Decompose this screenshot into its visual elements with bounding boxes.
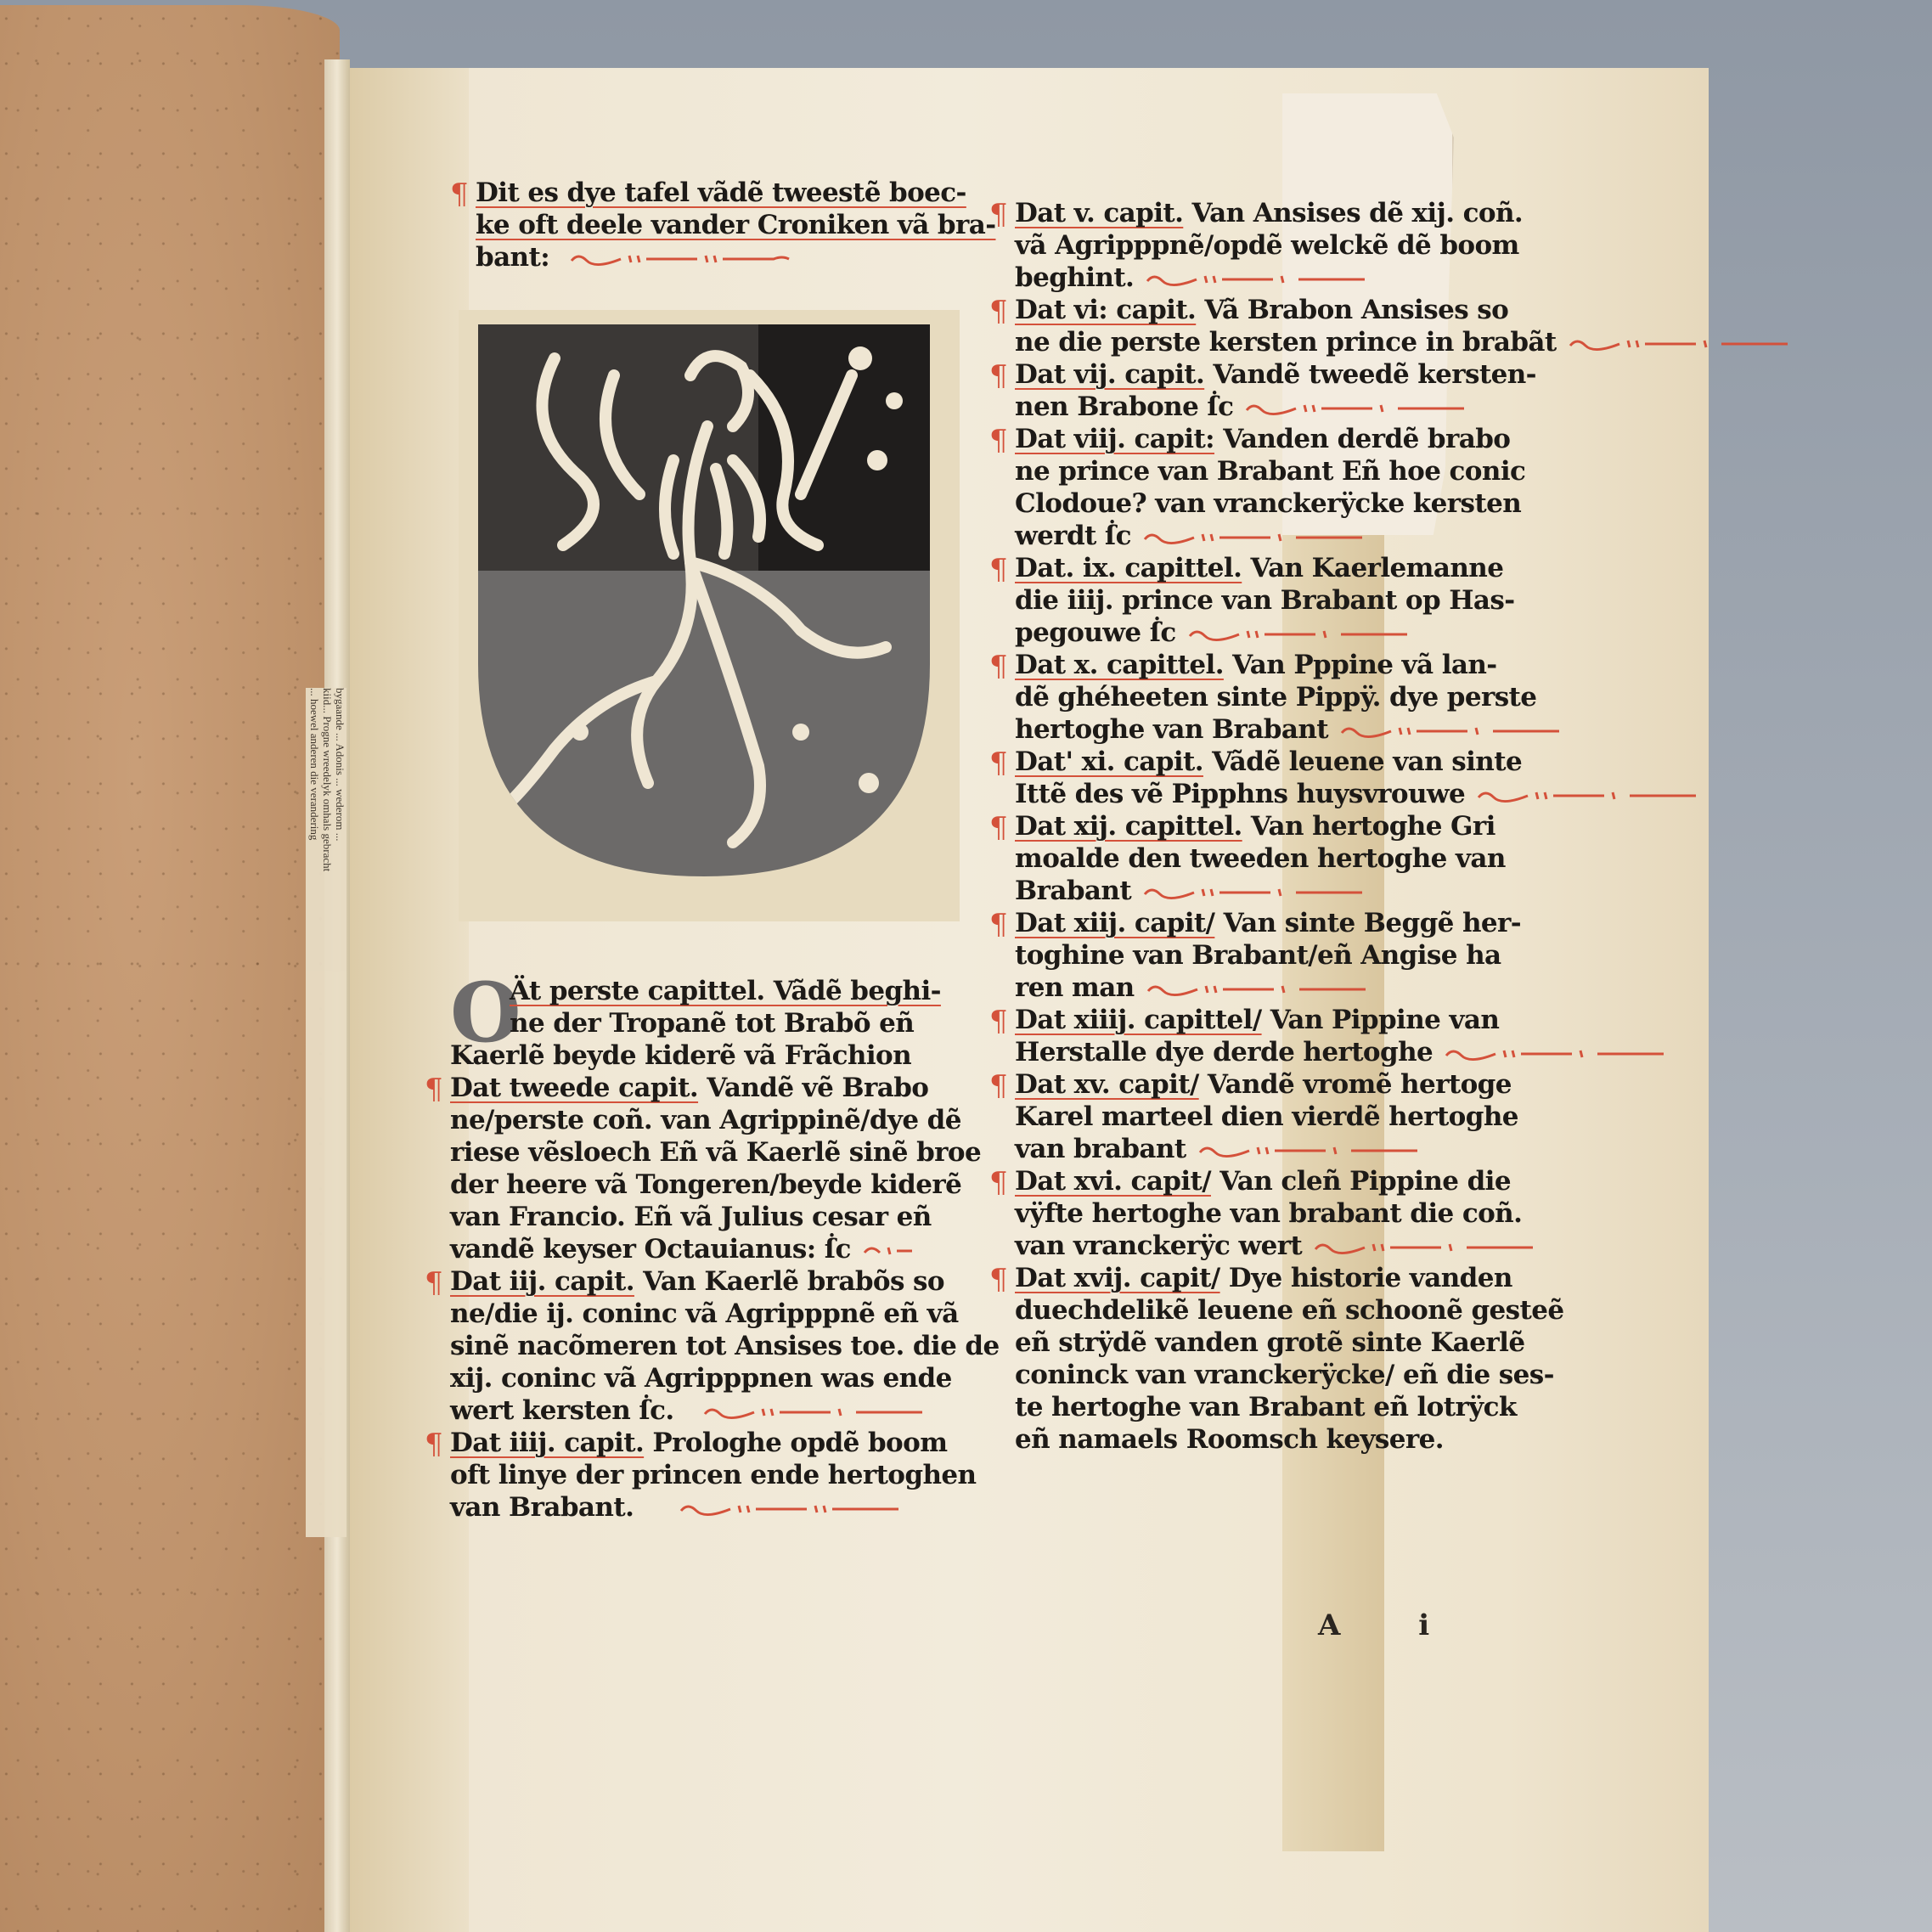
contents-entry: ¶Dat tweede capit. Vandẽ vẽ Brabo ne/per…: [450, 1072, 960, 1265]
paragraph-mark-icon: ¶: [989, 1264, 1007, 1296]
contents-entry: ¶Dat xiiij. capittel/ Van Pippine vanHer…: [1015, 1004, 1524, 1068]
table-heading: ¶ Dit es dye tafel vãdẽ tweestẽ boec- ke…: [476, 177, 985, 273]
rubric-flourish-icon: [1146, 271, 1366, 288]
paragraph-mark-icon: ¶: [989, 1005, 1007, 1038]
heading-line: ¶ Dit es dye tafel vãdẽ tweestẽ boec-: [476, 177, 985, 209]
paragraph-mark-icon: ¶: [989, 554, 1007, 586]
paragraph-mark-icon: ¶: [989, 1167, 1007, 1199]
rubric-flourish-icon: [1314, 1239, 1535, 1256]
newspaper-line: kiid... Progne wreedelyk omhals gebracht: [321, 688, 334, 1537]
rubric-flourish-icon: [1569, 335, 1789, 352]
paragraph-mark-icon: ¶: [989, 199, 1007, 231]
contents-entry: ¶Dat. ix. capittel. Van Kaerlemannedie i…: [1015, 552, 1524, 649]
contents-entry: ¶Dat iiij. capit. Prologhe opdẽ boom oft…: [450, 1427, 960, 1524]
rubric-flourish-icon: [645, 1501, 934, 1518]
contents-entry: ¶Dat viij. capit: Vanden derdẽ brabone p…: [1015, 423, 1524, 552]
contents-entry: ¶Dat xij. capittel. Van hertoghe Grimoal…: [1015, 810, 1524, 907]
paragraph-mark-icon: ¶: [989, 651, 1007, 683]
rubric-flourish-icon: [1198, 1142, 1419, 1159]
rubric-flourish-icon: [1146, 981, 1367, 998]
contents-entry: ¶Dat v. capit. Van Ansises dẽ xij. coñ.v…: [1015, 197, 1524, 294]
heading-line: bant:: [476, 241, 985, 273]
contents-entry: ¶Dat' xi. capit. Vãdẽ leuene van sinteIt…: [1015, 746, 1524, 810]
contents-entry: ¶Dat xiij. capit/ Van sinte Beggẽ her-to…: [1015, 907, 1524, 1004]
rubric-flourish-icon: [1143, 529, 1364, 546]
paragraph-mark-icon: ¶: [989, 425, 1007, 457]
signature-mark: A i: [1318, 1608, 1463, 1642]
contents-entry: ¶Dat iij. capit. Van Kaerlẽ brabõs so ne…: [450, 1265, 960, 1427]
contents-entry: ¶Dat xvi. capit/ Van cleñ Pippine dievÿf…: [1015, 1165, 1524, 1262]
paragraph-mark-icon: ¶: [450, 178, 468, 211]
rubric-flourish-icon: [1143, 884, 1364, 901]
lion-shield-woodcut-icon: [478, 324, 930, 876]
cover-board: [0, 5, 340, 1932]
rubric-flourish-icon: [1445, 1045, 1665, 1062]
contents-left-column: O Ät perste capittel. Vãdẽ beghi- ne der…: [450, 975, 960, 1524]
rubric-flourish-icon: [1245, 400, 1466, 417]
contents-entry: ¶Dat vij. capit. Vandẽ tweedẽ kersten-ne…: [1015, 358, 1524, 423]
contents-entry: O Ät perste capittel. Vãdẽ beghi- ne der…: [450, 975, 960, 1072]
paragraph-mark-icon: ¶: [989, 360, 1007, 392]
contents-right-column: ¶Dat v. capit. Van Ansises dẽ xij. coñ.v…: [1015, 197, 1524, 1456]
rubric-flourish-icon: [686, 1404, 941, 1421]
paragraph-mark-icon: ¶: [989, 812, 1007, 844]
rubric-flourish-icon: [1477, 787, 1698, 804]
rubric-flourish-icon: [570, 251, 791, 268]
rubric-flourish-icon: [1340, 723, 1561, 740]
contents-entry: ¶Dat xv. capit/ Vandẽ vromẽ hertogeKarel…: [1015, 1068, 1524, 1165]
paragraph-mark-icon: ¶: [425, 1073, 442, 1106]
newspaper-line: bygaande ... Adonis ... wederom ...: [334, 688, 346, 1537]
rubric-flourish-icon: [1188, 626, 1409, 643]
newspaper-guard-strip: bygaande ... Adonis ... wederom ... kiid…: [306, 688, 346, 1537]
paragraph-mark-icon: ¶: [989, 1070, 1007, 1102]
paragraph-mark-icon: ¶: [989, 747, 1007, 780]
heading-line: ke oft deele vander Croniken vã bra-: [476, 209, 985, 241]
newspaper-text: bygaande ... Adonis ... wederom ... kiid…: [306, 688, 346, 1537]
paragraph-mark-icon: ¶: [425, 1267, 442, 1299]
paragraph-mark-icon: ¶: [425, 1428, 442, 1461]
contents-entry: ¶Dat vi: capit. Vã Brabon Ansises sone d…: [1015, 294, 1524, 358]
paragraph-mark-icon: ¶: [989, 909, 1007, 941]
contents-entry: ¶Dat x. capittel. Van Pppine vã lan-dẽ g…: [1015, 649, 1524, 746]
paragraph-mark-icon: ¶: [989, 296, 1007, 328]
rubric-flourish-icon: [863, 1242, 914, 1259]
newspaper-line: ... hoewel anderen die verandering: [308, 688, 321, 1537]
contents-entry: ¶Dat xvij. capit/ Dye historie vandendue…: [1015, 1262, 1524, 1456]
